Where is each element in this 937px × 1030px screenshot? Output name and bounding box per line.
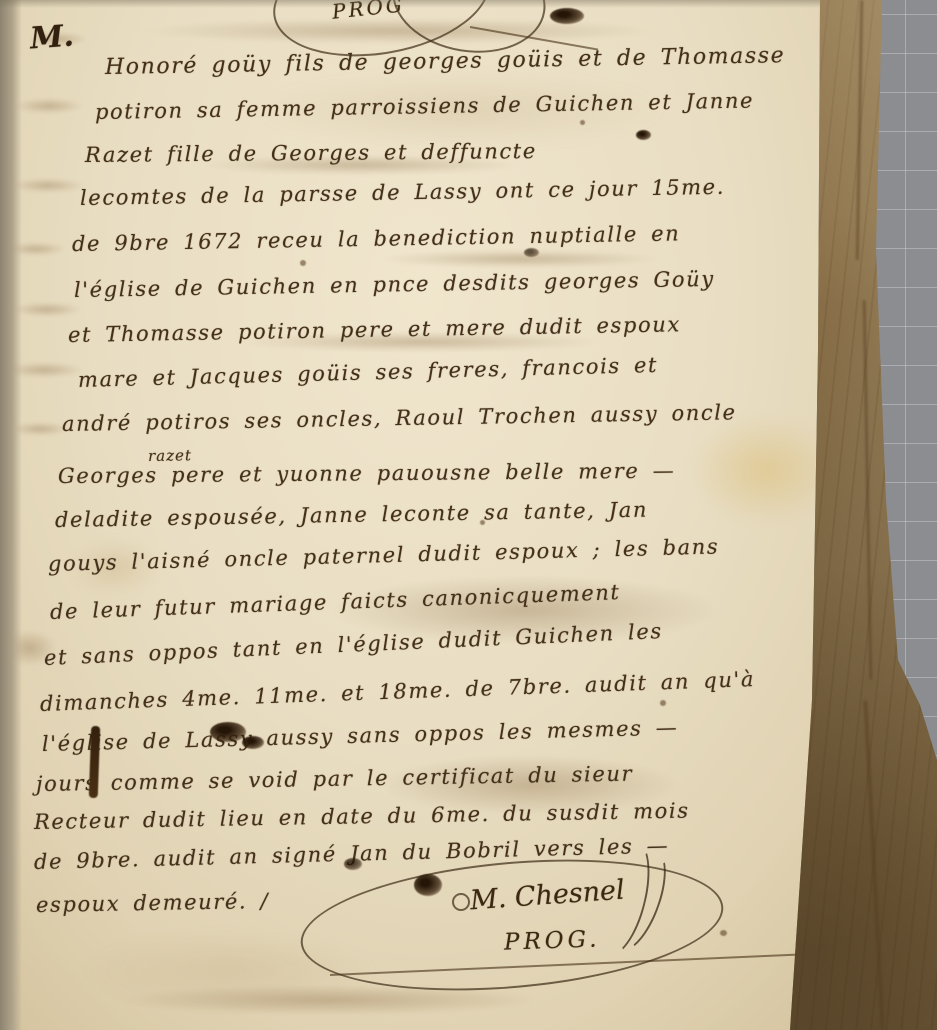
manuscript-line: Razet fille de Georges et deffuncte <box>85 139 537 167</box>
manuscript-line: l'église de Guichen en pnce desdits geor… <box>74 267 715 302</box>
ink-blot <box>524 248 539 257</box>
ink-speck <box>720 930 727 936</box>
manuscript-line: lecomtes de la parsse de Lassy ont ce jo… <box>80 175 725 210</box>
manuscript-line: dimanches 4me. 11me. et 18me. de 7bre. a… <box>40 667 756 716</box>
page-top-edge <box>0 0 830 8</box>
ink-speck <box>660 700 666 706</box>
manuscript-line: gouys l'aisné oncle paternel dudit espou… <box>48 534 720 576</box>
manuscript-line: andré potiros ses oncles, Raoul Trochen … <box>62 400 737 436</box>
manuscript-line: mare et Jacques goüis ses freres, franco… <box>78 353 659 392</box>
signature-title: PROG. <box>504 926 601 955</box>
ink-bleed-mark <box>12 302 82 317</box>
manuscript-line: Recteur dudit lieu en date du 6me. du su… <box>34 799 690 834</box>
ink-bleed-mark <box>380 250 660 268</box>
photo-scene: M. PROG Honoré goüy fils de georges goüi… <box>0 0 937 1030</box>
manuscript-line: deladite espousée, Janne leconte sa tant… <box>55 498 648 532</box>
ink-blot <box>636 130 651 140</box>
manuscript-line: l'église de Lassy aussy sans oppos les m… <box>42 715 679 756</box>
ink-blot <box>210 722 246 742</box>
ink-speck <box>300 260 306 266</box>
margin-note: M. <box>29 19 75 57</box>
ink-blot <box>242 736 264 749</box>
ink-speck <box>480 520 485 525</box>
manuscript-line: espoux demeuré. / <box>36 889 270 917</box>
ink-speck <box>580 120 585 125</box>
page-left-edge <box>0 0 22 1030</box>
manuscript-page: M. PROG Honoré goüy fils de georges goüi… <box>0 0 937 1030</box>
ink-blot <box>550 8 584 24</box>
ink-blot <box>344 858 362 870</box>
signature-flourish-loop <box>452 893 470 911</box>
ink-bleed-mark <box>14 98 84 114</box>
ink-blot <box>414 874 442 896</box>
manuscript-line: Georges pere et yuonne pauousne belle me… <box>58 459 675 488</box>
